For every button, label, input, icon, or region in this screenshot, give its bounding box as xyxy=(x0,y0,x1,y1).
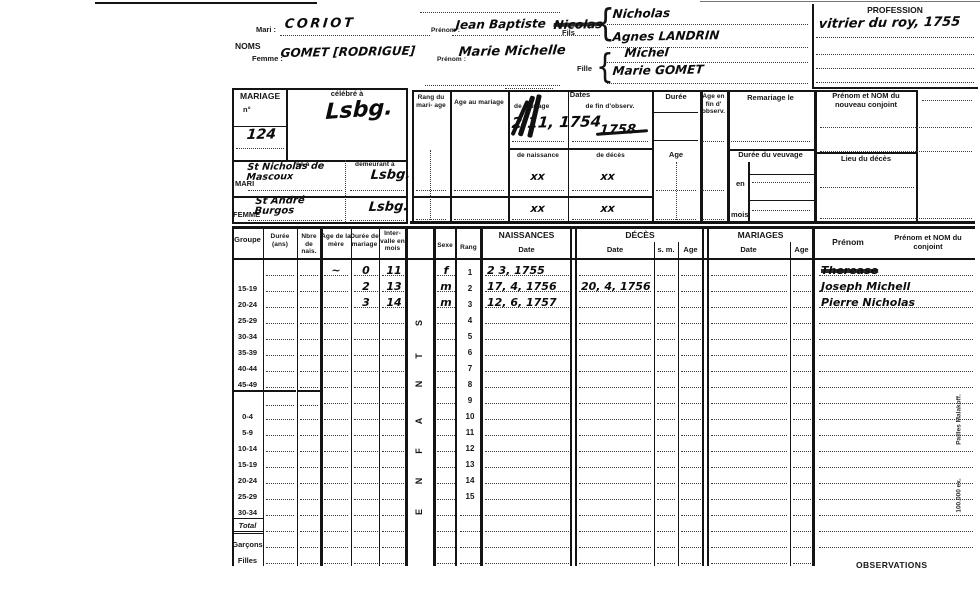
rule-line xyxy=(750,174,814,175)
cell-dotted-line xyxy=(300,515,318,516)
cell-duree_ans-row-13 xyxy=(264,454,296,470)
children-table-body: ~011f12 3, 1755Therease15-19213m217, 4, … xyxy=(232,262,975,566)
value-naissance-row-3: 12, 6, 1757 xyxy=(487,296,557,309)
cell-nais-row-10 xyxy=(298,406,320,422)
cell-dotted-line xyxy=(485,387,569,388)
cell-nais-row-6 xyxy=(298,342,320,358)
conjoint-header: Prénom et NOM du conjoint xyxy=(880,234,976,251)
cell-dotted-line xyxy=(819,387,973,388)
cell-dotted-line xyxy=(711,403,787,404)
cell-dotted-line xyxy=(711,307,787,308)
cell-sm-row-12 xyxy=(655,438,677,454)
cell-dotted-line xyxy=(300,307,318,308)
cell-sexe-row-18 xyxy=(435,534,457,550)
cell-dotted-line xyxy=(324,435,348,436)
cell-sm-row-10 xyxy=(655,406,677,422)
cell-dotted-line xyxy=(485,467,569,468)
cell-dotted-line xyxy=(681,499,701,500)
cell-dotted-line xyxy=(266,323,294,324)
rule-line xyxy=(654,112,698,113)
cell-age_mere-row-19 xyxy=(322,550,350,566)
cell-rang-row-16 xyxy=(458,502,482,518)
cell-dotted-line xyxy=(657,371,675,372)
cell-age_mere-row-17 xyxy=(322,518,350,534)
cell-groupe-row-17: Total xyxy=(232,518,263,534)
cell-dotted-line xyxy=(657,467,675,468)
cell-nais-row-2 xyxy=(298,278,320,294)
cell-dotted-line xyxy=(681,531,701,532)
rule-line xyxy=(707,228,709,566)
cell-dotted-line xyxy=(819,355,973,356)
cell-dotted-line xyxy=(819,403,973,404)
cell-naissance-row-1: 2 3, 1755 xyxy=(483,262,571,278)
rule-line xyxy=(812,228,815,566)
de-naissance-header: de naissance xyxy=(509,152,567,160)
cell-age_mere-row-6 xyxy=(322,342,350,358)
cell-dotted-line xyxy=(485,515,569,516)
cell-dotted-line xyxy=(382,435,406,436)
cell-dotted-line xyxy=(300,291,318,292)
cell-age_deces-row-1 xyxy=(679,262,703,278)
cell-dotted-line xyxy=(382,515,406,516)
dotted-line xyxy=(248,220,342,221)
cell-dotted-line xyxy=(819,483,973,484)
value-groupe-row-13: 15-19 xyxy=(232,460,263,469)
cell-sm-row-19 xyxy=(655,550,677,566)
rule-line xyxy=(678,242,679,566)
cell-groupe-row-8: 45-49 xyxy=(232,374,263,390)
cell-mariage_date-row-8 xyxy=(709,374,789,390)
cell-dotted-line xyxy=(485,499,569,500)
cell-groupe-row-3: 20-24 xyxy=(232,294,263,310)
cell-rang-row-11: 11 xyxy=(458,422,482,438)
cell-rang-row-7: 7 xyxy=(458,358,482,374)
cell-dotted-line xyxy=(324,419,348,420)
cell-names-row-2: Joseph Michell xyxy=(817,278,975,294)
cell-duree-row-8 xyxy=(352,374,380,390)
cell-deces-row-6 xyxy=(577,342,653,358)
cell-dotted-line xyxy=(324,403,348,404)
cell-dotted-line xyxy=(793,387,811,388)
cell-nais-row-4 xyxy=(298,310,320,326)
cell-dotted-line xyxy=(711,275,787,276)
duree-ans-header: Durée (ans) xyxy=(263,233,297,248)
rule-line xyxy=(412,90,414,224)
cell-names-row-13 xyxy=(817,454,975,470)
cell-sexe-row-11 xyxy=(435,422,457,438)
groupe-header: Groupe xyxy=(232,236,263,245)
cell-dotted-line xyxy=(681,451,701,452)
mariage-number: 124 xyxy=(246,126,277,143)
cell-age_mariage-row-9 xyxy=(791,390,813,406)
cell-names-row-5 xyxy=(817,326,975,342)
cell-dotted-line xyxy=(579,483,651,484)
age-au-mariage-header: Age au mariage xyxy=(452,99,506,107)
cell-naissance-row-7 xyxy=(483,358,571,374)
cell-sexe-row-17 xyxy=(435,518,457,534)
cell-dotted-line xyxy=(819,371,973,372)
cell-dotted-line xyxy=(681,323,701,324)
cell-dotted-line xyxy=(711,531,787,532)
cell-groupe-row-2: 15-19 xyxy=(232,278,263,294)
cell-dotted-line xyxy=(354,467,378,468)
cell-naissance-row-13 xyxy=(483,454,571,470)
profession-value: vitrier du roy, 1755 xyxy=(818,15,961,32)
cell-dotted-line xyxy=(324,499,348,500)
cell-age_mariage-row-5 xyxy=(791,326,813,342)
cell-dotted-line xyxy=(681,387,701,388)
dotted-line xyxy=(607,62,808,63)
value-groupe-row-6: 35-39 xyxy=(232,348,263,357)
cell-age_mariage-row-16 xyxy=(791,502,813,518)
cell-groupe-row-19: Filles xyxy=(232,550,263,566)
rule-line xyxy=(405,228,408,566)
cell-dotted-line xyxy=(324,563,348,564)
cell-dotted-line xyxy=(382,387,406,388)
dotted-line xyxy=(572,219,648,220)
value-names-row-3: Pierre Nicholas xyxy=(821,296,915,309)
rule-line xyxy=(814,90,817,224)
cell-dotted-line xyxy=(266,531,294,532)
cell-intervalle-row-12 xyxy=(380,438,408,454)
en-label: en xyxy=(736,180,745,189)
scan-artifact xyxy=(700,1,980,2)
cell-nais-row-16 xyxy=(298,502,320,518)
cell-deces-row-12 xyxy=(577,438,653,454)
cell-intervalle-row-16 xyxy=(380,502,408,518)
fille-label: Fille xyxy=(577,65,592,74)
cell-age_mariage-row-18 xyxy=(791,534,813,550)
cell-sm-row-5 xyxy=(655,326,677,342)
cell-deces-row-17 xyxy=(577,518,653,534)
cell-dotted-line xyxy=(681,403,701,404)
vertical-dotted-line xyxy=(345,160,346,222)
cell-age_mere-row-13 xyxy=(322,454,350,470)
femme-surname: GOMET [RODRIGUE] xyxy=(280,44,416,60)
cell-duree-row-14 xyxy=(352,470,380,486)
vertical-dotted-line xyxy=(430,150,431,222)
cell-duree_ans-row-10 xyxy=(264,406,296,422)
cell-dotted-line xyxy=(793,371,811,372)
cell-intervalle-row-6 xyxy=(380,342,408,358)
cell-dotted-line xyxy=(579,339,651,340)
cell-deces-row-3 xyxy=(577,294,653,310)
cell-dotted-line xyxy=(793,323,811,324)
cell-dotted-line xyxy=(485,323,569,324)
duree-veuvage-header: Durée du veuvage xyxy=(727,151,814,160)
rule-line xyxy=(232,160,408,162)
cell-duree-row-11 xyxy=(352,422,380,438)
value-rang-row-14: 14 xyxy=(458,476,482,485)
cell-duree-row-7 xyxy=(352,358,380,374)
cell-age_deces-row-8 xyxy=(679,374,703,390)
cell-age_deces-row-12 xyxy=(679,438,703,454)
value-rang-row-13: 13 xyxy=(458,460,482,469)
cell-dotted-line xyxy=(324,387,348,388)
cell-dotted-line xyxy=(579,323,651,324)
rule-line xyxy=(568,92,569,224)
cell-groupe-row-15: 25-29 xyxy=(232,486,263,502)
cell-dotted-line xyxy=(300,467,318,468)
age-header: Age xyxy=(652,151,700,160)
dotted-line xyxy=(572,190,648,191)
cell-names-row-15 xyxy=(817,486,975,502)
cell-deces-row-19 xyxy=(577,550,653,566)
cell-dotted-line xyxy=(793,339,811,340)
cell-mariage_date-row-6 xyxy=(709,342,789,358)
cell-dotted-line xyxy=(460,547,480,548)
mari-firstname: Jean Baptiste xyxy=(455,16,547,32)
cell-mariage_date-row-14 xyxy=(709,470,789,486)
cell-dotted-line xyxy=(300,355,318,356)
cell-dotted-line xyxy=(354,515,378,516)
mariages-header: MARIAGES xyxy=(708,231,813,241)
dotted-line xyxy=(922,100,972,101)
cell-dotted-line xyxy=(382,467,406,468)
cell-dotted-line xyxy=(300,531,318,532)
cell-dotted-line xyxy=(382,483,406,484)
cell-dotted-line xyxy=(657,563,675,564)
fils-parent-1: Nicholas xyxy=(612,6,671,21)
cell-sexe-row-8 xyxy=(435,374,457,390)
cell-names-row-18 xyxy=(817,534,975,550)
cell-dotted-line xyxy=(681,467,701,468)
cell-names-row-12 xyxy=(817,438,975,454)
cell-age_deces-row-7 xyxy=(679,358,703,374)
cell-age_mere-row-10 xyxy=(322,406,350,422)
cell-groupe-row-4: 25-29 xyxy=(232,310,263,326)
cell-deces-row-8 xyxy=(577,374,653,390)
cell-age_mere-row-4 xyxy=(322,310,350,326)
value-rang-row-15: 15 xyxy=(458,492,482,501)
cell-dotted-line xyxy=(711,323,787,324)
prenom-header: Prénom xyxy=(816,238,880,248)
cell-groupe-row-16: 30-34 xyxy=(232,502,263,518)
cell-rang-row-3: 3 xyxy=(458,294,482,310)
dotted-line xyxy=(607,24,808,25)
cell-sm-row-2 xyxy=(655,278,677,294)
cell-age_mere-row-7 xyxy=(322,358,350,374)
rule-line xyxy=(916,90,918,224)
cell-dotted-line xyxy=(579,451,651,452)
rule-line xyxy=(702,228,704,566)
value-rang-row-12: 12 xyxy=(458,444,482,453)
value-rang-row-3: 3 xyxy=(458,300,482,309)
rule-line xyxy=(508,148,652,150)
cell-dotted-line xyxy=(657,499,675,500)
cell-naissance-row-16 xyxy=(483,502,571,518)
cell-dotted-line xyxy=(711,467,787,468)
cell-dotted-line xyxy=(382,451,406,452)
cell-age_deces-row-2 xyxy=(679,278,703,294)
femme-label: Femme : xyxy=(252,55,283,64)
rule-line xyxy=(232,228,234,566)
cell-names-row-9 xyxy=(817,390,975,406)
cell-intervalle-row-19 xyxy=(380,550,408,566)
cell-dotted-line xyxy=(437,323,455,324)
fils-label: Fils xyxy=(562,29,575,38)
cell-naissance-row-11 xyxy=(483,422,571,438)
cell-dotted-line xyxy=(300,547,318,548)
rule-line xyxy=(727,149,814,151)
cell-dotted-line xyxy=(579,387,651,388)
cell-dotted-line xyxy=(681,563,701,564)
cell-naissance-row-14 xyxy=(483,470,571,486)
deces-age-header: Age xyxy=(678,246,703,255)
value-age_mere-row-1: ~ xyxy=(322,264,350,277)
dotted-line xyxy=(702,141,724,142)
cell-sm-row-15 xyxy=(655,486,677,502)
fille-bracket: { xyxy=(596,47,614,87)
mari-row-label: MARI xyxy=(235,180,254,189)
dotted-line xyxy=(425,85,560,86)
cell-dotted-line xyxy=(437,339,455,340)
cell-rang-row-15: 15 xyxy=(458,486,482,502)
value-rang-row-4: 4 xyxy=(458,316,482,325)
cell-dotted-line xyxy=(266,451,294,452)
cell-intervalle-row-17 xyxy=(380,518,408,534)
value-groupe-row-4: 25-29 xyxy=(232,316,263,325)
cell-naissance-row-10 xyxy=(483,406,571,422)
mois-label: mois xyxy=(731,211,749,220)
cell-groupe-row-14: 20-24 xyxy=(232,470,263,486)
cell-sm-row-17 xyxy=(655,518,677,534)
mari-residence: Lsbg. xyxy=(370,167,411,183)
value-sexe-row-3: m xyxy=(435,296,457,309)
cell-dotted-line xyxy=(681,435,701,436)
rule-line xyxy=(814,152,918,154)
dotted-line xyxy=(512,190,564,191)
cell-dotted-line xyxy=(793,467,811,468)
cell-dotted-line xyxy=(579,563,651,564)
value-sexe-row-1: f xyxy=(435,264,457,277)
cell-dotted-line xyxy=(300,323,318,324)
cell-age_mere-row-15 xyxy=(322,486,350,502)
rule-line xyxy=(480,228,483,566)
value-groupe-row-17: Total xyxy=(232,521,263,530)
dotted-line xyxy=(512,141,564,142)
dotted-line xyxy=(607,83,808,84)
deces-date-header: Date xyxy=(576,246,654,255)
rule-line xyxy=(286,88,288,160)
cell-sexe-row-9 xyxy=(435,390,457,406)
dotted-line xyxy=(820,187,914,188)
cell-dotted-line xyxy=(437,371,455,372)
rule-line xyxy=(455,228,457,566)
cell-sm-row-18 xyxy=(655,534,677,550)
cell-dotted-line xyxy=(354,547,378,548)
value-intervalle-row-3: 14 xyxy=(380,296,408,309)
cell-dotted-line xyxy=(266,339,294,340)
cell-rang-row-19 xyxy=(458,550,482,566)
cell-deces-row-18 xyxy=(577,534,653,550)
femme-deces-mark: xx xyxy=(600,202,615,215)
cell-dotted-line xyxy=(681,275,701,276)
dotted-line xyxy=(236,148,284,149)
cell-dotted-line xyxy=(657,323,675,324)
value-groupe-row-16: 30-34 xyxy=(232,508,263,517)
value-groupe-row-15: 25-29 xyxy=(232,492,263,501)
cell-nais-row-1 xyxy=(298,262,320,278)
cell-age_mariage-row-11 xyxy=(791,422,813,438)
cell-duree-row-13 xyxy=(352,454,380,470)
cell-dotted-line xyxy=(266,467,294,468)
cell-dotted-line xyxy=(300,451,318,452)
cell-rang-row-10: 10 xyxy=(458,406,482,422)
cell-dotted-line xyxy=(324,323,348,324)
cell-sexe-row-10 xyxy=(435,406,457,422)
cell-dotted-line xyxy=(681,291,701,292)
cell-age_deces-row-15 xyxy=(679,486,703,502)
cell-deces-row-2: 20, 4, 1756 xyxy=(577,278,653,294)
cell-intervalle-row-13 xyxy=(380,454,408,470)
rule-line xyxy=(234,126,286,127)
rule-line xyxy=(654,140,698,141)
cell-dotted-line xyxy=(437,563,455,564)
cell-sexe-row-1: f xyxy=(435,262,457,278)
cell-duree_ans-row-14 xyxy=(264,470,296,486)
cell-age_mariage-row-2 xyxy=(791,278,813,294)
value-rang-row-10: 10 xyxy=(458,412,482,421)
cell-age_mariage-row-19 xyxy=(791,550,813,566)
cell-intervalle-row-14 xyxy=(380,470,408,486)
rule-line xyxy=(232,196,408,198)
cell-dotted-line xyxy=(711,387,787,388)
rang-mariage-header: Rang du mari- age xyxy=(413,94,449,109)
naissances-date-header: Date xyxy=(482,246,571,255)
cell-duree-row-9 xyxy=(352,390,380,406)
cell-age_deces-row-18 xyxy=(679,534,703,550)
cell-sm-row-6 xyxy=(655,342,677,358)
cell-dotted-line xyxy=(324,339,348,340)
dotted-line xyxy=(416,190,446,191)
intervalle-header: Inter- valle en mois xyxy=(378,230,407,253)
rule-line xyxy=(812,87,978,89)
cell-names-row-3: Pierre Nicholas xyxy=(817,294,975,310)
cell-deces-row-11 xyxy=(577,422,653,438)
cell-names-row-10 xyxy=(817,406,975,422)
cell-dotted-line xyxy=(300,371,318,372)
edition-note: 100.000 ex. xyxy=(956,465,963,527)
cell-dotted-line xyxy=(382,499,406,500)
cell-naissance-row-9 xyxy=(483,390,571,406)
cell-mariage_date-row-4 xyxy=(709,310,789,326)
cell-dotted-line xyxy=(579,275,651,276)
cell-dotted-line xyxy=(711,563,787,564)
cell-naissance-row-17 xyxy=(483,518,571,534)
cell-dotted-line xyxy=(793,563,811,564)
rule-line xyxy=(790,242,791,566)
dotted-line xyxy=(731,141,810,142)
mari-firstnames: Jean Baptiste Nicolas xyxy=(455,16,601,34)
cell-dotted-line xyxy=(657,483,675,484)
cell-nais-row-13 xyxy=(298,454,320,470)
nouveau-conjoint-header: Prénom et NOM du nouveau conjoint xyxy=(816,92,916,109)
cell-dotted-line xyxy=(266,419,294,420)
cell-duree_ans-row-12 xyxy=(264,438,296,454)
cell-dotted-line xyxy=(579,307,651,308)
cell-duree_ans-row-5 xyxy=(264,326,296,342)
dotted-line xyxy=(702,190,724,191)
mariage-title: MARIAGE xyxy=(240,92,280,102)
cell-nais-row-17 xyxy=(298,518,320,534)
cell-dotted-line xyxy=(382,323,406,324)
cell-dotted-line xyxy=(266,291,294,292)
cell-dotted-line xyxy=(711,291,787,292)
cell-rang-row-18 xyxy=(458,534,482,550)
cell-dotted-line xyxy=(485,531,569,532)
cell-groupe-row-5: 30-34 xyxy=(232,326,263,342)
